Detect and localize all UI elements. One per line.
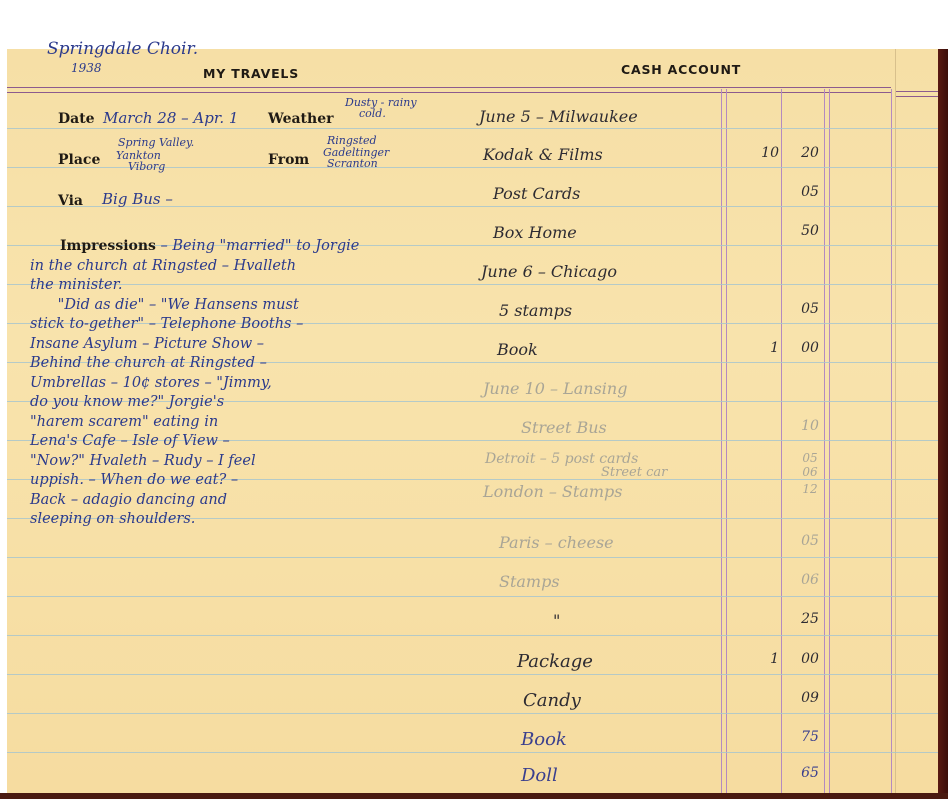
via-value: Big Bus – (102, 190, 173, 208)
entry-cents: 10 (789, 418, 831, 434)
entry-description: Package (517, 651, 593, 672)
ledger-row: " 25 (471, 611, 939, 639)
entry-description: Candy (523, 690, 581, 711)
header-rule-right (895, 91, 939, 97)
notebook-spread: Springdale Choir. 1938 MY TRAVELS Date M… (0, 49, 948, 799)
entry-cents: 20 (789, 145, 831, 161)
date-label: Date (58, 111, 95, 127)
book-bottom-edge (0, 793, 948, 799)
entry-cents: 05 (789, 451, 831, 465)
entry-description: Doll (521, 765, 558, 786)
entry-description: Book (497, 340, 538, 359)
impressions-line: in the church at Ringsted – Hvalleth (30, 257, 460, 277)
ledger-row: Candy 09 (471, 690, 939, 718)
entry-cents: 05 (789, 184, 831, 200)
impressions-label: Impressions (60, 238, 156, 254)
place-value-line1: Spring Valley. (118, 137, 194, 148)
entry-cents: 09 (789, 690, 831, 706)
ledger-row: Doll 65 (471, 765, 939, 793)
ruled-line (471, 518, 939, 519)
entry-description: Box Home (493, 223, 577, 242)
impressions-line: Insane Asylum – Picture Show – (30, 335, 460, 355)
ledger-row: Street Bus 10 (471, 418, 939, 446)
entry-description: Stamps (499, 572, 560, 591)
impressions-block: Impressions – Being "married" to Jorgie … (30, 237, 460, 530)
ruled-line (7, 557, 471, 558)
place-value-line3: Viborg (128, 161, 165, 172)
impressions-line: Lena's Cafe – Isle of View – (30, 432, 460, 452)
entry-description: June 6 – Chicago (481, 262, 617, 281)
ledger-row: June 6 – Chicago (471, 262, 939, 290)
ruled-line (7, 128, 471, 129)
header-rule (7, 87, 471, 93)
impressions-line: Umbrellas – 10¢ stores – "Jimmy, (30, 374, 460, 394)
entry-description: Paris – cheese (499, 533, 614, 552)
impressions-line: uppish. – When do we eat? – (30, 471, 460, 491)
entry-dollars: 1 (723, 651, 779, 667)
page-title-my-travels: MY TRAVELS (203, 66, 299, 81)
cash-account-page: CASH ACCOUNT June 5 – Milwaukee Kod (471, 49, 939, 793)
entry-cents: 25 (789, 611, 831, 627)
ruled-line (7, 596, 471, 597)
impressions-line: Back – adagio dancing and (30, 491, 460, 511)
entry-description: Book (521, 729, 567, 750)
ledger-row: Paris – cheese 05 (471, 533, 939, 561)
my-travels-page: Springdale Choir. 1938 MY TRAVELS Date M… (7, 49, 472, 793)
entry-description: Street car (601, 465, 667, 480)
impressions-line: Behind the church at Ringsted – (30, 354, 460, 374)
entry-cents: 65 (789, 765, 831, 781)
entry-description: " (553, 611, 560, 630)
header-note-text: Springdale Choir. (47, 39, 198, 59)
book-binding-edge (938, 49, 948, 799)
ledger-row: Book 75 (471, 729, 939, 757)
entry-description: June 10 – Lansing (483, 379, 627, 398)
ruled-line (7, 674, 471, 675)
entry-cents: 06 (789, 465, 831, 479)
from-label: From (268, 152, 309, 168)
entry-description: Post Cards (493, 184, 580, 203)
ledger-row: Book 1 00 (471, 340, 939, 368)
weather-label: Weather (268, 111, 334, 127)
entry-cents: 00 (789, 651, 831, 667)
entry-cents: 50 (789, 223, 831, 239)
place-label: Place (58, 152, 100, 168)
via-label: Via (58, 193, 83, 209)
ledger-row: Kodak & Films 10 20 (471, 145, 939, 173)
ledger-row: June 10 – Lansing (471, 379, 939, 407)
ruled-line (7, 635, 471, 636)
weather-value-line2: cold. (359, 108, 386, 119)
ledger-row: Package 1 00 (471, 651, 939, 679)
entry-description: June 5 – Milwaukee (479, 107, 638, 126)
entry-description: Kodak & Films (483, 145, 603, 164)
impressions-line: "Did as die" – "We Hansens must (30, 296, 460, 316)
impressions-line: Impressions – Being "married" to Jorgie (30, 237, 460, 257)
date-value: March 28 – Apr. 1 (103, 109, 238, 127)
impressions-line: do you know me?" Jorgie's (30, 393, 460, 413)
impressions-line: "Now?" Hvaleth – Rudy – I feel (30, 452, 460, 472)
entry-description: London – Stamps (483, 482, 622, 501)
entry-dollars: 10 (723, 145, 779, 161)
ledger-row: Post Cards 05 (471, 184, 939, 212)
impressions-line: sleeping on shoulders. (30, 510, 460, 530)
header-note-year: 1938 (71, 61, 102, 75)
ledger-row: 5 stamps 05 (471, 301, 939, 329)
entry-cents: 05 (789, 301, 831, 317)
impressions-line: stick to-gether" – Telephone Booths – (30, 315, 460, 335)
from-value-line1: Ringsted (327, 135, 377, 146)
entry-cents: 00 (789, 340, 831, 356)
ledger-row: June 5 – Milwaukee (471, 107, 939, 135)
entry-description: Street Bus (521, 418, 607, 437)
entry-cents: 06 (789, 572, 831, 588)
impressions-line: "harem scarem" eating in (30, 413, 460, 433)
entry-description: 5 stamps (499, 301, 572, 320)
from-value-line3: Scranton (327, 158, 378, 169)
entry-cents: 05 (789, 533, 831, 549)
ledger-row: London – Stamps 12 (471, 482, 939, 510)
impressions-line: the minister. (30, 276, 460, 296)
ruled-line (7, 752, 471, 753)
entry-dollars: 1 (723, 340, 779, 356)
entry-cents: 12 (789, 482, 831, 496)
ledger-row: Box Home 50 (471, 223, 939, 251)
page-title-cash-account: CASH ACCOUNT (621, 62, 741, 77)
header-note-choir: Springdale Choir. (47, 39, 198, 59)
entry-cents: 75 (789, 729, 831, 745)
ledger-row: Stamps 06 (471, 572, 939, 600)
ruled-line (7, 713, 471, 714)
